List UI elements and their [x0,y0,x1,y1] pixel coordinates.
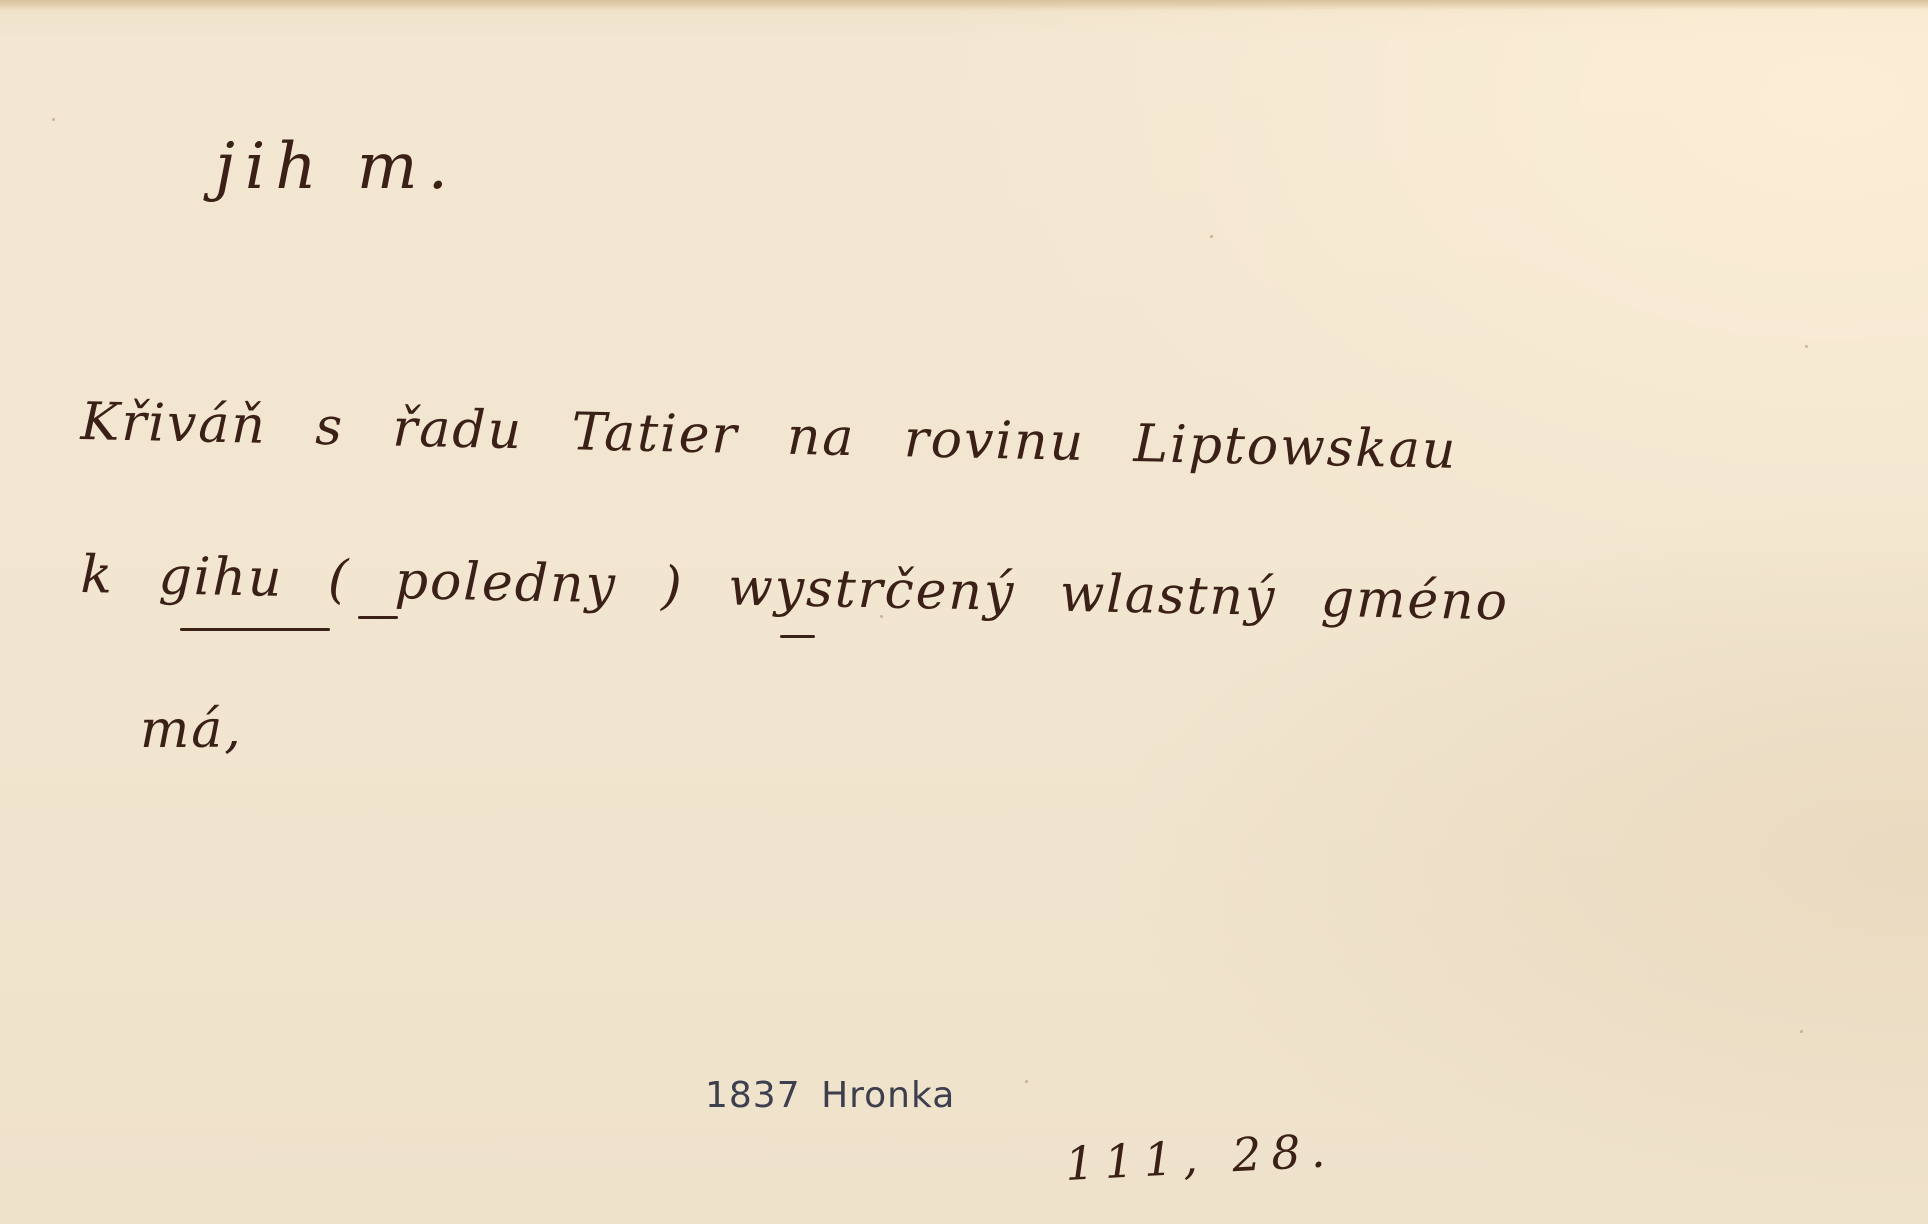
card-body-line-3: má, [140,700,243,760]
underline-open-paren [358,616,398,619]
paper-speck [1025,1080,1028,1083]
source-stamp: 1837 Hronka [705,1075,955,1116]
card-body-line-2: k gihu ( poledny ) wystrčený wlastný gmé… [80,545,1510,632]
source-stamp-author: Hronka [821,1075,955,1116]
index-card: jih m. Křiváň s řadu Tatier na rovinu Li… [0,0,1928,1224]
card-top-edge [0,0,1928,10]
source-stamp-year: 1837 [705,1075,801,1116]
page-reference: 111, 28. [1064,1123,1337,1191]
underline-gihu [180,628,330,631]
paper-speck [1210,235,1213,238]
underline-close-paren [780,635,815,638]
paper-speck [1805,345,1808,348]
paper-speck [52,118,55,121]
paper-speck [880,615,883,618]
card-body-line-1: Křiváň s řadu Tatier na rovinu Liptowska… [80,392,1458,481]
card-header-headword: jih m. [215,130,458,204]
paper-speck [1800,1030,1803,1033]
